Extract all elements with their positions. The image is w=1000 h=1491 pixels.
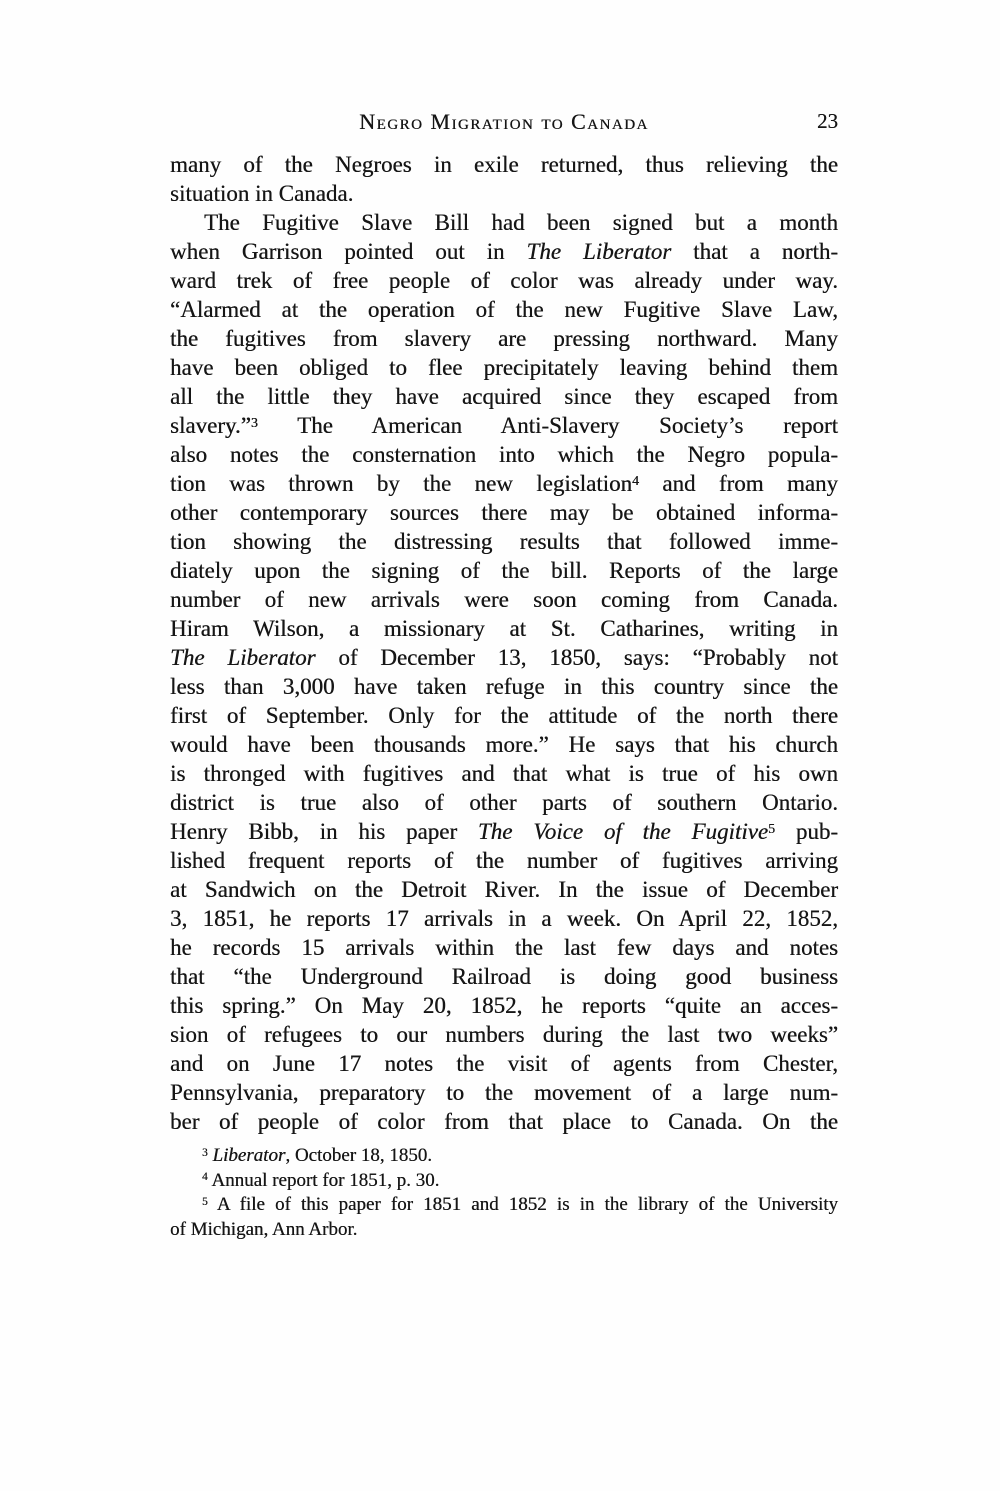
body-text-line: also notes the consternation into which … <box>170 440 838 469</box>
text-segment: have been obliged to flee precipitately … <box>170 355 838 380</box>
text-segment: would have been thousands more.” He says… <box>170 732 838 757</box>
text-segment: ward trek of free people of color was al… <box>170 268 838 293</box>
italic-text: Liberator <box>212 1145 285 1166</box>
body-text-line: all the little they have acquired since … <box>170 382 838 411</box>
body-text-line: have been obliged to flee precipitately … <box>170 353 838 382</box>
footnote-marker: 3 <box>202 1147 208 1159</box>
body-text-line: tion showing the distressing results tha… <box>170 527 838 556</box>
text-segment: and from many <box>639 471 838 496</box>
body-text-line: number of new arrivals were soon coming … <box>170 585 838 614</box>
body-text-line: 3, 1851, he reports 17 arrivals in a wee… <box>170 904 838 933</box>
body-text-line: the fugitives from slavery are pressing … <box>170 324 838 353</box>
body-text-line: situation in Canada. <box>170 179 838 208</box>
text-segment: when Garrison pointed out in <box>170 239 526 264</box>
italic-text: The Liberator <box>170 645 316 670</box>
italic-text: The Voice of the Fugitive <box>478 819 768 844</box>
body-text-line: other contemporary sources there may be … <box>170 498 838 527</box>
text-segment: many of the Negroes in exile returned, t… <box>170 152 838 177</box>
text-segment: slavery.” <box>170 413 251 438</box>
text-segment: ber of people of color from that place t… <box>170 1109 838 1134</box>
text-segment: is thronged with fugitives and that what… <box>170 761 838 786</box>
body-text-line: many of the Negroes in exile returned, t… <box>170 150 838 179</box>
text-segment: that “the Underground Railroad is doing … <box>170 964 838 989</box>
body-text-line: tion was thrown by the new legislation4 … <box>170 469 838 498</box>
text-segment: of Michigan, Ann Arbor. <box>170 1219 357 1240</box>
body-text-line: Hiram Wilson, a missionary at St. Cathar… <box>170 614 838 643</box>
footnote-line: 3 Liberator, October 18, 1850. <box>170 1144 838 1169</box>
body-text-line: that “the Underground Railroad is doing … <box>170 962 838 991</box>
text-segment: A file of this paper for 1851 and 1852 i… <box>208 1194 838 1215</box>
text-segment: Pennsylvania, preparatory to the movemen… <box>170 1080 838 1105</box>
text-segment: also notes the consternation into which … <box>170 442 838 467</box>
body-text-line: first of September. Only for the attitud… <box>170 701 838 730</box>
body-text-line: at Sandwich on the Detroit River. In the… <box>170 875 838 904</box>
text-segment: “Alarmed at the operation of the new Fug… <box>170 297 838 322</box>
book-page: Negro Migration to Canada 23 many of the… <box>0 0 1000 1491</box>
body-text-line: would have been thousands more.” He says… <box>170 730 838 759</box>
text-segment: , October 18, 1850. <box>285 1145 432 1166</box>
body-text-line: ward trek of free people of color was al… <box>170 266 838 295</box>
text-segment: less than 3,000 have taken refuge in thi… <box>170 674 838 699</box>
text-segment: The American Anti-Slavery Society’s repo… <box>258 413 838 438</box>
body-text-line: The Liberator of December 13, 1850, says… <box>170 643 838 672</box>
text-segment: pub- <box>775 819 838 844</box>
footnotes: 3 Liberator, October 18, 1850.4 Annual r… <box>170 1144 838 1242</box>
body-text-line: ber of people of color from that place t… <box>170 1107 838 1136</box>
body-text-line: he records 15 arrivals within the last f… <box>170 933 838 962</box>
body-text-line: and on June 17 notes the visit of agents… <box>170 1049 838 1078</box>
body-text-line: slavery.”3 The American Anti-Slavery Soc… <box>170 411 838 440</box>
text-segment: sion of refugees to our numbers during t… <box>170 1022 838 1047</box>
text-segment: the fugitives from slavery are pressing … <box>170 326 838 351</box>
text-segment: at Sandwich on the Detroit River. In the… <box>170 877 838 902</box>
text-segment: lished frequent reports of the number of… <box>170 848 838 873</box>
text-segment: 3, 1851, he reports 17 arrivals in a wee… <box>170 906 838 931</box>
text-segment: other contemporary sources there may be … <box>170 500 838 525</box>
text-segment: number of new arrivals were soon coming … <box>170 587 838 612</box>
footnote-line: 4 Annual report for 1851, p. 30. <box>170 1169 838 1194</box>
text-segment: and on June 17 notes the visit of agents… <box>170 1051 838 1076</box>
text-segment: The Fugitive Slave Bill had been signed … <box>204 210 838 235</box>
body-text-line: when Garrison pointed out in The Liberat… <box>170 237 838 266</box>
body-text-line: less than 3,000 have taken refuge in thi… <box>170 672 838 701</box>
body-text-line: “Alarmed at the operation of the new Fug… <box>170 295 838 324</box>
footnote-line: of Michigan, Ann Arbor. <box>170 1218 838 1243</box>
footnote-line: 5 A file of this paper for 1851 and 1852… <box>170 1193 838 1218</box>
text-segment: tion was thrown by the new legislation <box>170 471 632 496</box>
text-segment: tion showing the distressing results tha… <box>170 529 838 554</box>
footnote-marker: 4 <box>202 1171 208 1183</box>
body-text-line: sion of refugees to our numbers during t… <box>170 1020 838 1049</box>
text-segment: first of September. Only for the attitud… <box>170 703 838 728</box>
body-text-line: is thronged with fugitives and that what… <box>170 759 838 788</box>
footnote-marker: 5 <box>768 821 775 836</box>
body-text-line: The Fugitive Slave Bill had been signed … <box>170 208 838 237</box>
text-segment: Henry Bibb, in his paper <box>170 819 478 844</box>
text-segment: this spring.” On May 20, 1852, he report… <box>170 993 838 1018</box>
body-text-line: Henry Bibb, in his paper The Voice of th… <box>170 817 838 846</box>
body-text-line: district is true also of other parts of … <box>170 788 838 817</box>
text-segment: all the little they have acquired since … <box>170 384 838 409</box>
body-text-line: diately upon the signing of the bill. Re… <box>170 556 838 585</box>
text-segment: that a north- <box>671 239 838 264</box>
body-text-line: Pennsylvania, preparatory to the movemen… <box>170 1078 838 1107</box>
body-text-line: this spring.” On May 20, 1852, he report… <box>170 991 838 1020</box>
footnote-marker: 4 <box>632 473 639 488</box>
text-segment: diately upon the signing of the bill. Re… <box>170 558 838 583</box>
body-text: many of the Negroes in exile returned, t… <box>170 150 838 1136</box>
page-number: 23 <box>817 109 838 134</box>
body-text-line: lished frequent reports of the number of… <box>170 846 838 875</box>
text-segment: of December 13, 1850, says: “Probably no… <box>316 645 839 670</box>
text-segment: he records 15 arrivals within the last f… <box>170 935 838 960</box>
footnote-marker: 3 <box>251 415 258 430</box>
running-head-title: Negro Migration to Canada <box>170 109 838 135</box>
text-segment: Annual report for 1851, p. 30. <box>208 1170 440 1191</box>
page-header: Negro Migration to Canada 23 <box>170 109 838 137</box>
italic-text: The Liberator <box>526 239 671 264</box>
text-segment: Hiram Wilson, a missionary at St. Cathar… <box>170 616 838 641</box>
text-segment: situation in Canada. <box>170 181 353 206</box>
footnote-marker: 5 <box>202 1196 208 1208</box>
text-segment: district is true also of other parts of … <box>170 790 838 815</box>
